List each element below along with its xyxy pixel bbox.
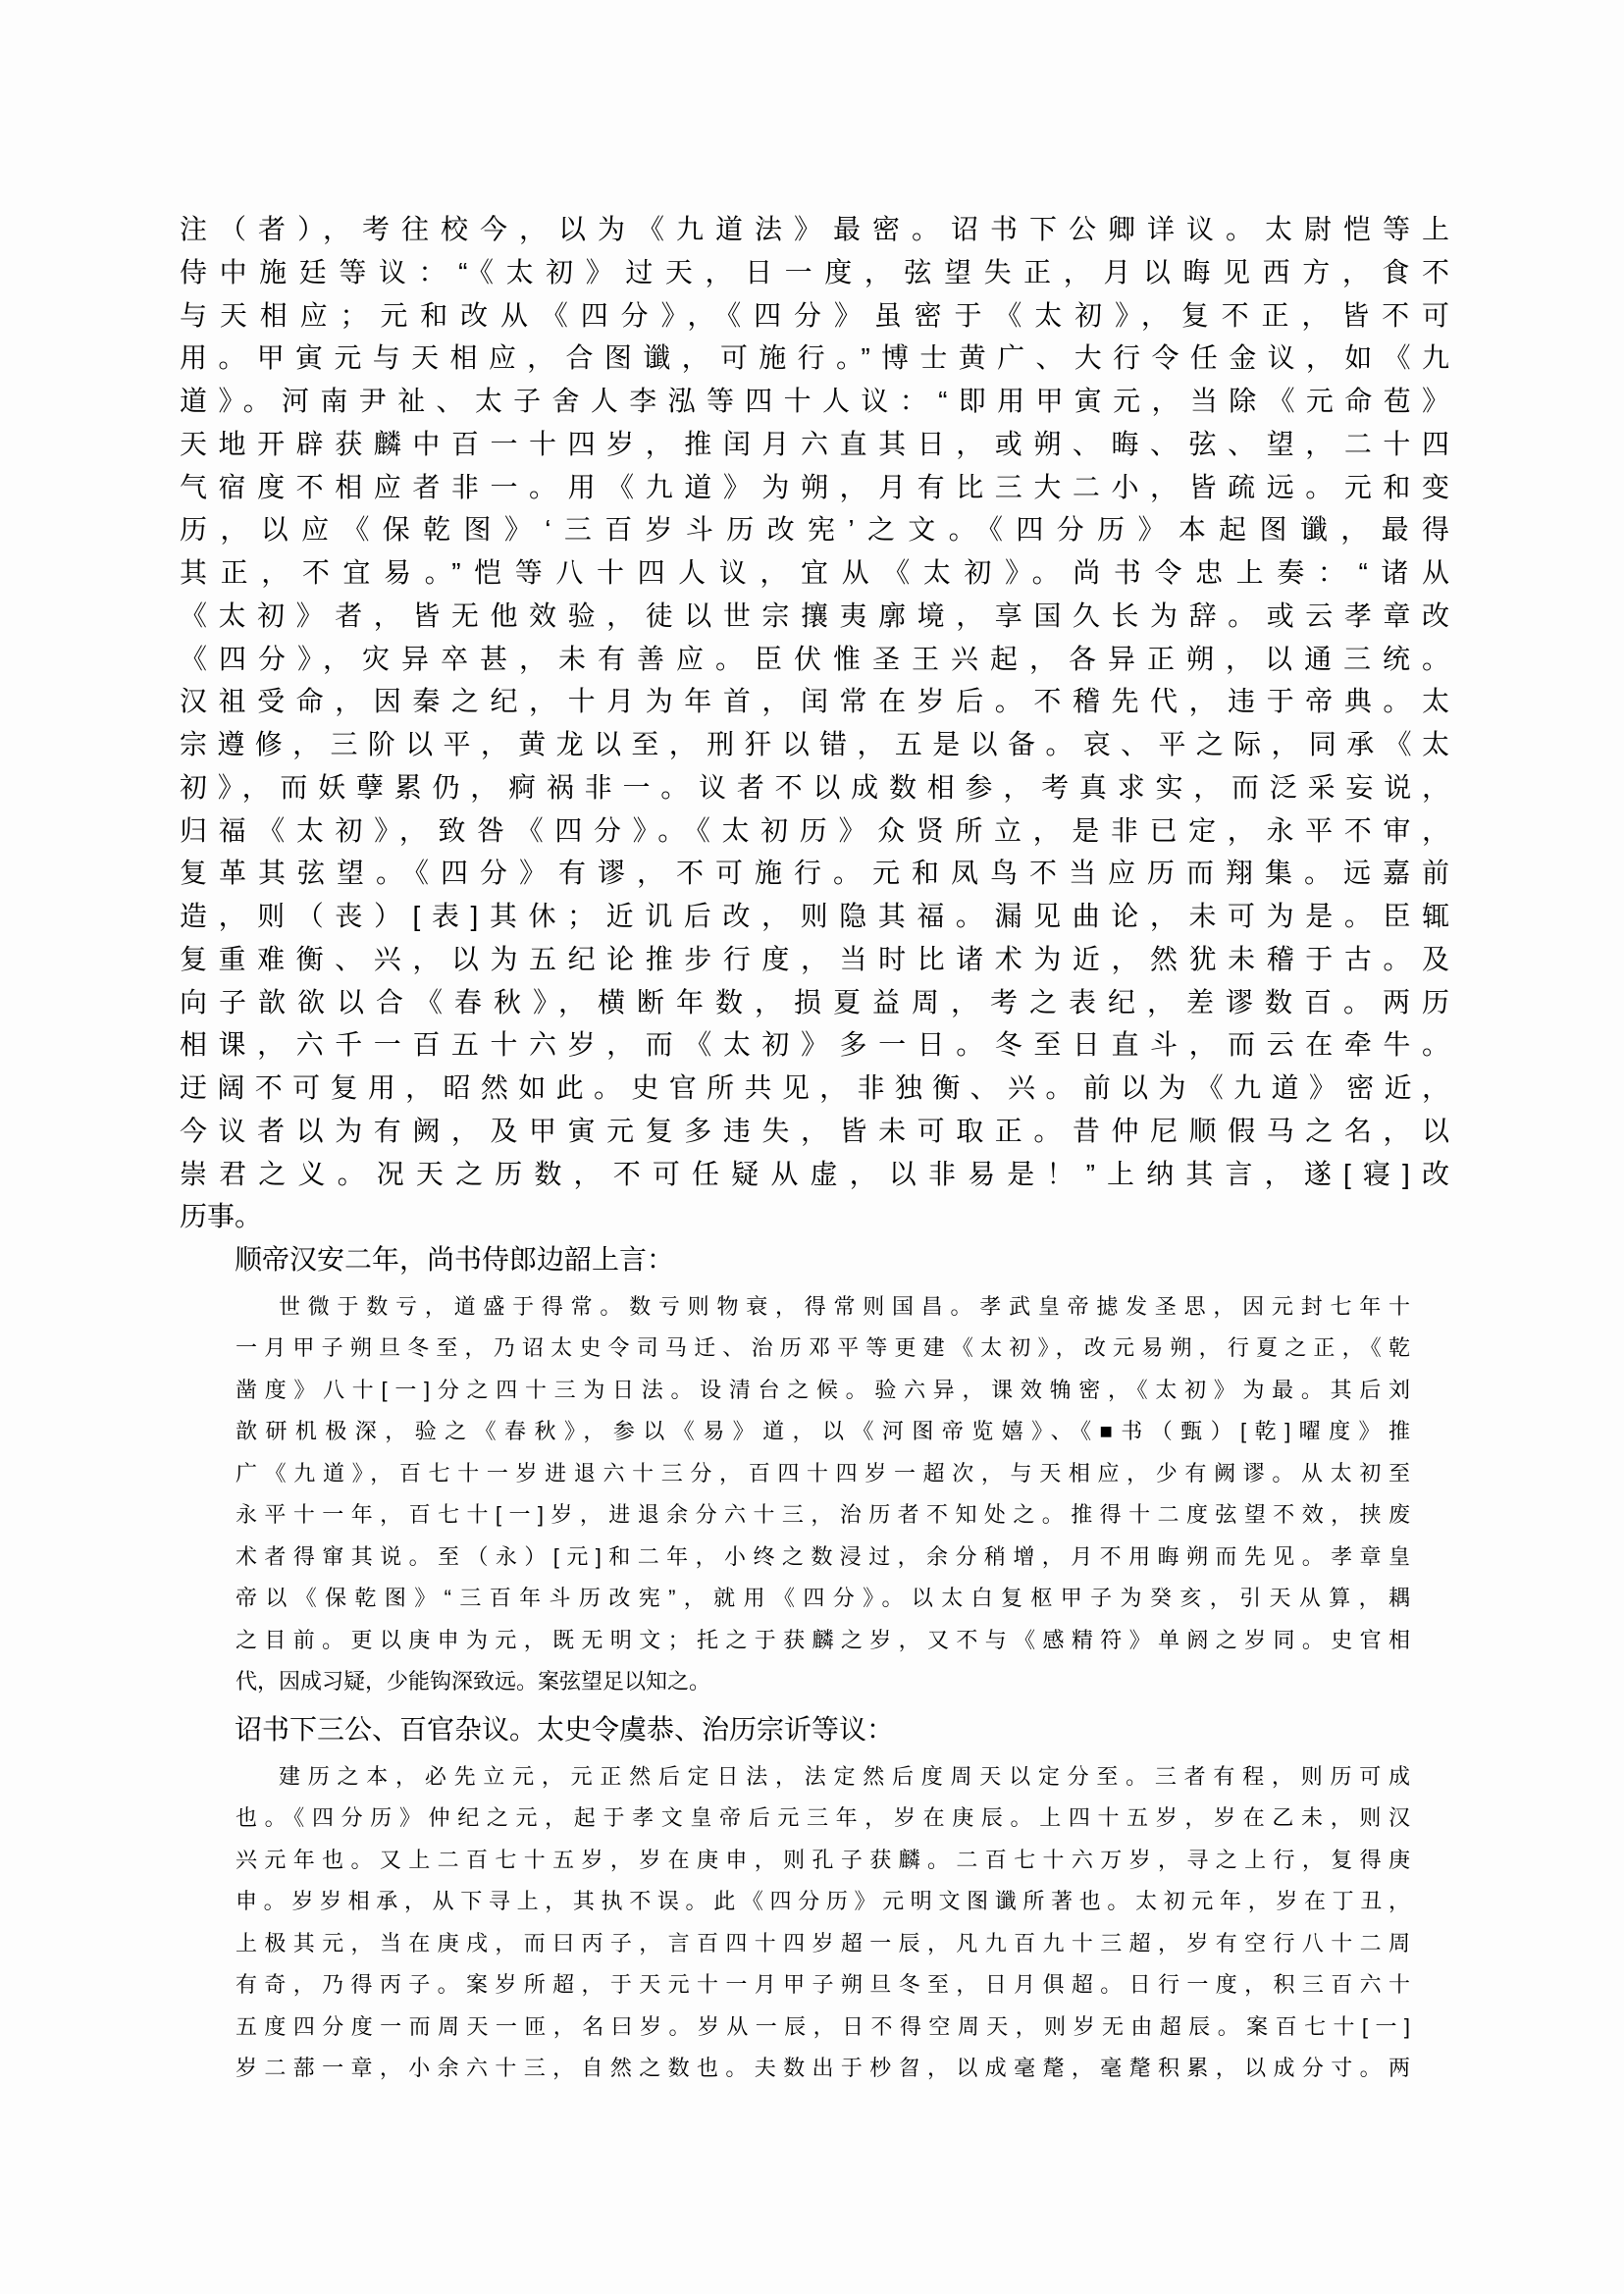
quote-yugong-zongxin: 建历之本，必先立元，元正然后定日法，法定然后度周天以定分至。三者有程，则历可成也… xyxy=(236,1756,1410,2090)
text-line: 天地开辟获麟中百一十四岁，推闰月六直其日，或朔、晦、弦、望，二十四 xyxy=(180,423,1449,466)
text-line: 用。甲寅元与天相应，合图谶，可施行。”博士黄广、大行令任金议，如《九 xyxy=(180,337,1449,380)
text-line: 兴元年也。又上二百七十五岁，岁在庚申，则孔子获麟。二百七十六万岁，寻之上行，复得… xyxy=(236,1840,1410,1882)
text-line: 凿度》八十[一]分之四十三为日法。设清台之候。验六异，课效觕密，《太初》为最。其… xyxy=(236,1370,1410,1412)
text-line: 复重难衡、兴，以为五纪论推步行度，当时比诸术为近，然犹未稽于古。及 xyxy=(180,938,1449,981)
text-line: 注（者），考往校今，以为《九道法》最密。诏书下公卿详议。太尉恺等上 xyxy=(180,208,1449,251)
text-line: 宗遵修，三阶以平，黄龙以至，刑犴以错，五是以备。哀、平之际，同承《太 xyxy=(180,723,1449,766)
text-line: 汉祖受命，因秦之纪，十月为年首，闰常在岁后。不稽先代，违于帝典。太 xyxy=(180,680,1449,723)
text-line: 歆研机极深，验之《春秋》，参以《易》道，以《河图帝览嬉》、《■书（甄）[乾]曜度… xyxy=(236,1411,1410,1453)
text-line: 五度四分度一而周天一匝，名曰岁。岁从一辰，日不得空周天，则岁无由超辰。案百七十[… xyxy=(236,2007,1410,2049)
text-line: 复革其弦望。《四分》有谬，不可施行。元和凤鸟不当应历而翔集。远嘉前 xyxy=(180,852,1449,895)
text-line: 之目前。更以庚申为元，既无明文；托之于获麟之岁，又不与《感精符》单阏之岁同。史官… xyxy=(236,1620,1410,1662)
text-line: 初》，而妖孽累仍，痾祸非一。议者不以成数相参，考真求实，而泛采妄说， xyxy=(180,766,1449,809)
text-line: 岁二蔀一章，小余六十三，自然之数也。夫数出于杪曶，以成毫氂，毫氂积累，以成分寸。… xyxy=(236,2048,1410,2090)
text-line: 也。《四分历》仲纪之元，起于孝文皇帝后元三年，岁在庚辰。上四十五岁，岁在乙未，则… xyxy=(236,1798,1410,1840)
text-line: 世微于数亏，道盛于得常。数亏则物衰，得常则国昌。孝武皇帝摅发圣思，因元封七年十 xyxy=(236,1286,1410,1329)
text-line: 申。岁岁相承，从下寻上，其执不误。此《四分历》元明文图谶所著也。太初元年，岁在丁… xyxy=(236,1881,1410,1923)
text-line: 造，则（丧）[表]其休；近讥后改，则隐其福。漏见曲论，未可为是。臣辄 xyxy=(180,895,1449,938)
text-line: 永平十一年，百七十[一]岁，进退余分六十三，治历者不知处之。推得十二度弦望不效，… xyxy=(236,1494,1410,1537)
text-line: 迂阔不可复用，昭然如此。史官所共见，非独衡、兴。前以为《九道》密近， xyxy=(180,1067,1449,1110)
text-line: 向子歆欲以合《春秋》，横断年数，损夏益周，考之表纪，差谬数百。两历 xyxy=(180,981,1449,1024)
document-page: 注（者），考往校今，以为《九道法》最密。诏书下公卿详议。太尉恺等上侍中施廷等议：… xyxy=(0,0,1624,2294)
paragraph-shundi-hanan: 顺帝汉安二年，尚书侍郎边韶上言： xyxy=(180,1238,1449,1281)
text-line: 道》。河南尹祉、太子舍人李泓等四十人议：“即用甲寅元，当除《元命苞》 xyxy=(180,380,1449,423)
text-line: 《太初》者，皆无他效验，徒以世宗攘夷廓境，享国久长为辞。或云孝章改 xyxy=(180,595,1449,638)
text-line: 帝以《保乾图》“三百年斗历改宪”，就用《四分》。以太白复枢甲子为癸亥，引天从算，… xyxy=(236,1578,1410,1620)
text-line: 气宿度不相应者非一。用《九道》为朔，月有比三大二小，皆疏远。元和变 xyxy=(180,466,1449,509)
text-line: 有奇，乃得丙子。案岁所超，于天元十一月甲子朔旦冬至，日月俱超。日行一度，积三百六… xyxy=(236,1964,1410,2007)
text-line: 相课，六千一百五十六岁，而《太初》多一日。冬至日直斗，而云在牵牛。 xyxy=(180,1023,1449,1067)
text-line: 其正，不宜易。”恺等八十四人议，宜从《太初》。尚书令忠上奏：“诸从 xyxy=(180,551,1449,595)
text-line: 广《九道》，百七十一岁进退六十三分，百四十四岁一超次，与天相应，少有阙谬。从太初… xyxy=(236,1453,1410,1495)
text-line: 代，因成习疑，少能钩深致远。案弦望足以知之。 xyxy=(236,1661,1410,1703)
text-line: 归福《太初》，致咎《四分》。《太初历》众贤所立，是非已定，永平不审， xyxy=(180,809,1449,853)
text-line: 《四分》，灾异卒甚，未有善应。臣伏惟圣王兴起，各异正朔，以通三统。 xyxy=(180,638,1449,681)
page-content: 注（者），考往校今，以为《九道法》最密。诏书下公卿详议。太尉恺等上侍中施廷等议：… xyxy=(180,208,1449,2095)
text-line: 建历之本，必先立元，元正然后定日法，法定然后度周天以定分至。三者有程，则历可成 xyxy=(236,1756,1410,1799)
text-line: 历，以应《保乾图》‘三百岁斗历改宪’之文。《四分历》本起图谶，最得 xyxy=(180,508,1449,551)
paragraph-main-discussion: 注（者），考往校今，以为《九道法》最密。诏书下公卿详议。太尉恺等上侍中施廷等议：… xyxy=(180,208,1449,1238)
paragraph-edict-discussion: 诏书下三公、百官杂议。太史令虞恭、治历宗䜣等议： xyxy=(180,1708,1449,1751)
text-line: 与天相应；元和改从《四分》，《四分》虽密于《太初》，复不正，皆不可 xyxy=(180,294,1449,338)
text-line: 术者得窜其说。至（永）[元]和二年，小终之数浸过，余分稍增，月不用晦朔而先见。孝… xyxy=(236,1537,1410,1579)
text-line: 今议者以为有阙，及甲寅元复多违失，皆未可取正。昔仲尼顺假马之名，以 xyxy=(180,1110,1449,1153)
text-line: 一月甲子朔旦冬至，乃诏太史令司马迁、治历邓平等更建《太初》，改元易朔，行夏之正，… xyxy=(236,1328,1410,1370)
text-line: 上极其元，当在庚戌，而曰丙子，言百四十四岁超一辰，凡九百九十三超，岁有空行八十二… xyxy=(236,1923,1410,1965)
text-line: 侍中施廷等议：“《太初》过天，日一度，弦望失正，月以晦见西方，食不 xyxy=(180,251,1449,294)
text-line: 历事。 xyxy=(180,1195,1449,1238)
text-line: 崇君之义。况天之历数，不可任疑从虚，以非易是！”上纳其言，遂[寝]改 xyxy=(180,1153,1449,1196)
quote-bianshao-memorial: 世微于数亏，道盛于得常。数亏则物衰，得常则国昌。孝武皇帝摅发圣思，因元封七年十一… xyxy=(236,1286,1410,1703)
